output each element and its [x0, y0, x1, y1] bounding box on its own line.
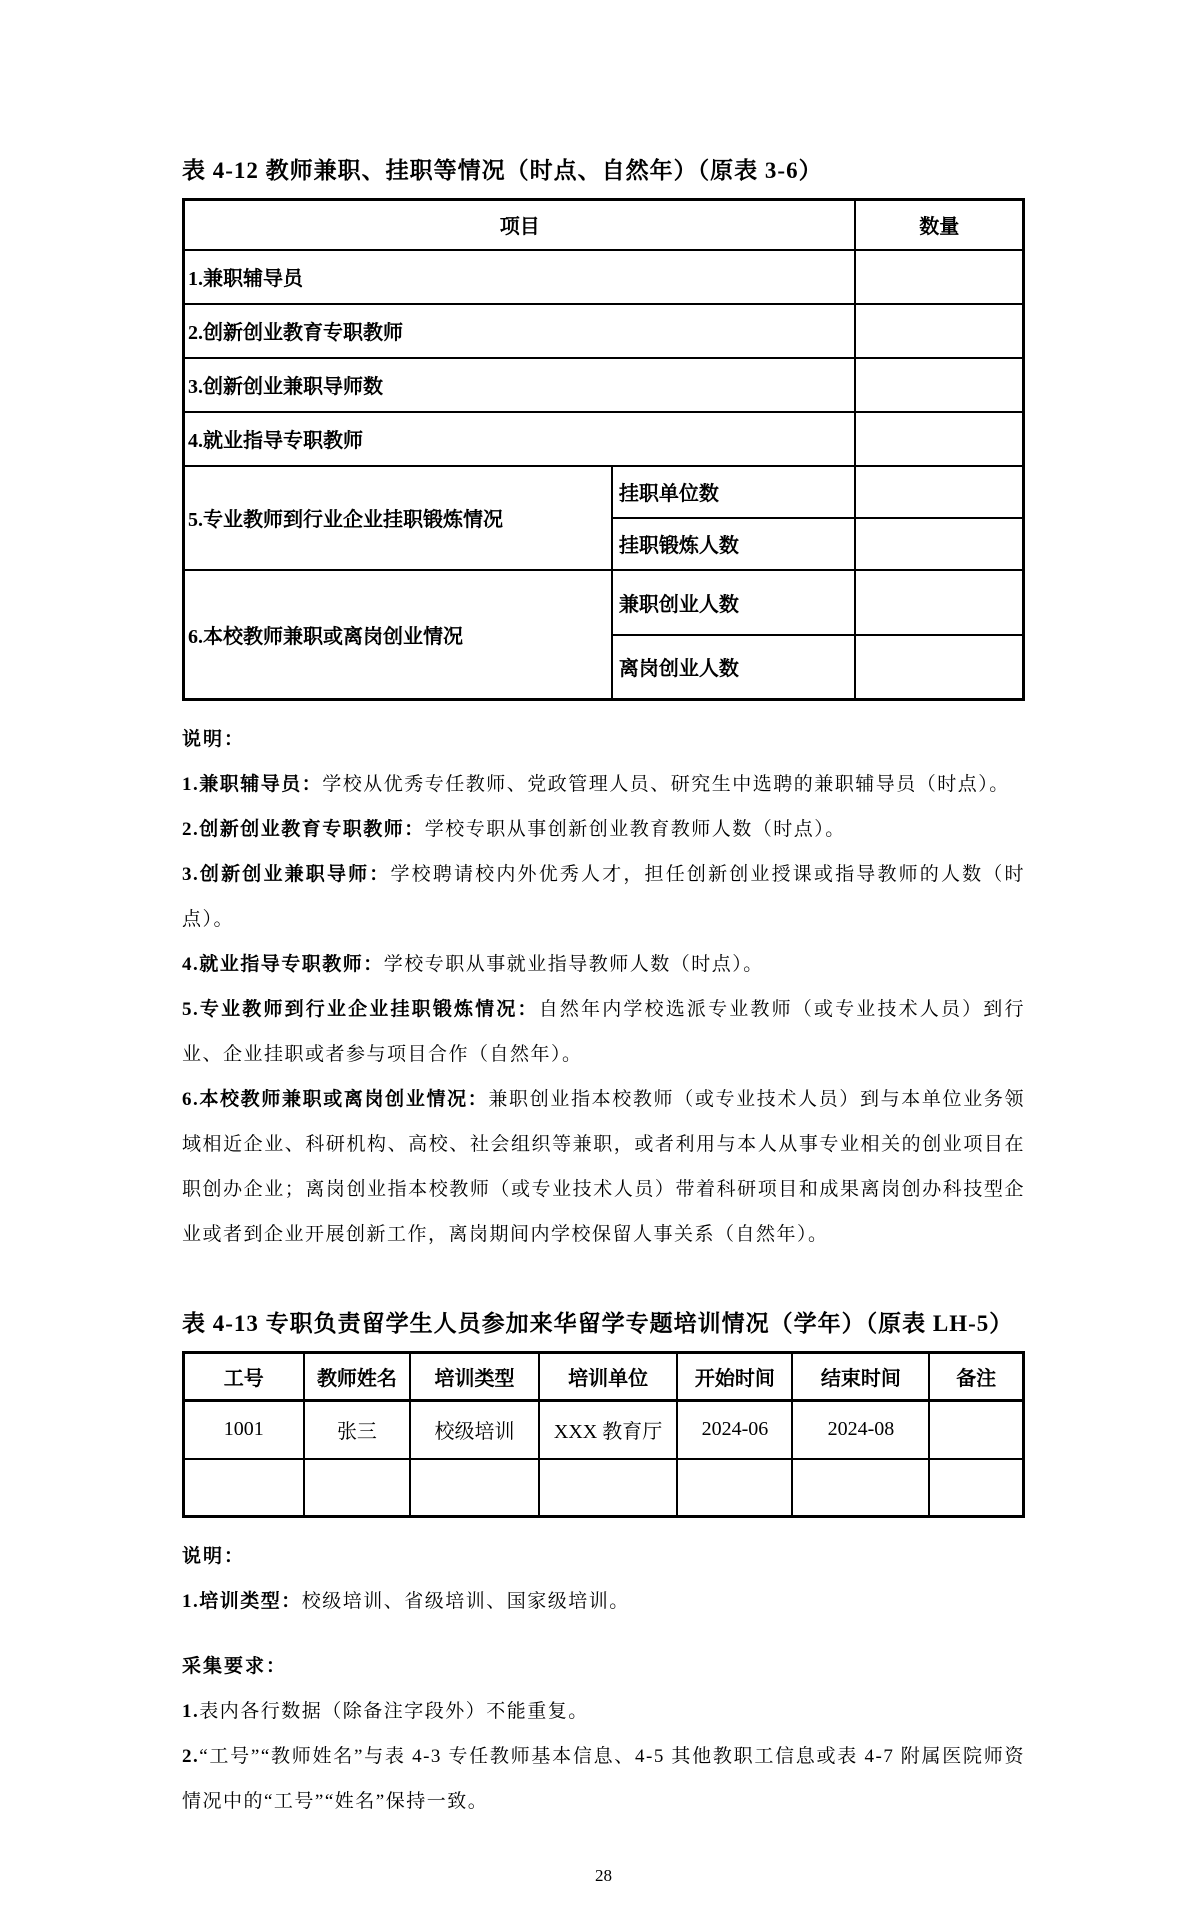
requirement-1: 1.表内各行数据（除备注字段外）不能重复。 — [182, 1689, 1025, 1734]
cell-end-time — [792, 1459, 929, 1517]
table2-notes-heading: 说明： — [182, 1534, 1025, 1579]
table1-row5-label: 5.专业教师到行业企业挂职锻炼情况 — [184, 466, 612, 570]
quantity-cell — [855, 250, 1023, 304]
table-row: 6.本校教师兼职或离岗创业情况 兼职创业人数 — [184, 570, 1024, 635]
cell-training-type — [410, 1459, 539, 1517]
table1-note-2: 2.创新创业教育专职教师：学校专职从事创新创业教育教师人数（时点）。 — [182, 807, 1025, 852]
note-text: 表内各行数据（除备注字段外）不能重复。 — [199, 1701, 589, 1722]
cell-remark — [929, 1459, 1023, 1517]
cell-start-time — [677, 1459, 792, 1517]
table2-header-row: 工号 教师姓名 培训类型 培训单位 开始时间 结束时间 备注 — [184, 1353, 1024, 1401]
quantity-cell — [855, 358, 1023, 412]
quantity-cell — [855, 570, 1023, 635]
table1-row6-sub1: 兼职创业人数 — [612, 570, 856, 635]
table-row: 2.创新创业教育专职教师 — [184, 304, 1024, 358]
table1-note-4: 4.就业指导专职教师：学校专职从事就业指导教师人数（时点）。 — [182, 942, 1025, 987]
note-label: 2. — [182, 1746, 199, 1767]
table1-note-6: 6.本校教师兼职或离岗创业情况：兼职创业指本校教师（或专业技术人员）到与本单位业… — [182, 1077, 1025, 1257]
requirement-2: 2.“工号”“教师姓名”与表 4-3 专任教师基本信息、4-5 其他教职工信息或… — [182, 1734, 1025, 1824]
table-row: 3.创新创业兼职导师数 — [184, 358, 1024, 412]
table2-title: 表 4-13 专职负责留学生人员参加来华留学专题培训情况（学年）（原表 LH-5… — [182, 1305, 1025, 1338]
note-label: 3.创新创业兼职导师： — [182, 864, 390, 885]
note-text: 学校专职从事就业指导教师人数（时点）。 — [384, 954, 764, 975]
quantity-cell — [855, 635, 1023, 700]
note-label: 2.创新创业教育专职教师： — [182, 819, 425, 840]
cell-employee-id: 1001 — [184, 1401, 304, 1459]
cell-remark — [929, 1401, 1023, 1459]
table2: 工号 教师姓名 培训类型 培训单位 开始时间 结束时间 备注 1001 张三 校… — [182, 1351, 1025, 1518]
table1-row1-label: 1.兼职辅导员 — [184, 250, 856, 304]
table1-row3-label: 3.创新创业兼职导师数 — [184, 358, 856, 412]
cell-end-time: 2024-08 — [792, 1401, 929, 1459]
table1-note-5: 5.专业教师到行业企业挂职锻炼情况：自然年内学校选派专业教师（或专业技术人员）到… — [182, 987, 1025, 1077]
cell-employee-id — [184, 1459, 304, 1517]
note-label: 1.兼职辅导员： — [182, 774, 322, 795]
page-number: 28 — [182, 1866, 1025, 1886]
table1: 项目 数量 1.兼职辅导员 2.创新创业教育专职教师 3.创新创业兼职导师数 4… — [182, 198, 1025, 701]
table1-note-3: 3.创新创业兼职导师：学校聘请校内外优秀人才，担任创新创业授课或指导教师的人数（… — [182, 852, 1025, 942]
cell-training-type: 校级培训 — [410, 1401, 539, 1459]
note-label: 1. — [182, 1701, 199, 1722]
table2-note-1: 1.培训类型：校级培训、省级培训、国家级培训。 — [182, 1579, 1025, 1624]
table1-row4-label: 4.就业指导专职教师 — [184, 412, 856, 466]
table1-row2-label: 2.创新创业教育专职教师 — [184, 304, 856, 358]
requirements-heading: 采集要求： — [182, 1644, 1025, 1689]
table2-col-start-time: 开始时间 — [677, 1353, 792, 1401]
note-label: 5.专业教师到行业企业挂职锻炼情况： — [182, 999, 539, 1020]
table1-header-quantity: 数量 — [855, 200, 1023, 250]
table1-header-item: 项目 — [184, 200, 856, 250]
quantity-cell — [855, 518, 1023, 570]
table2-col-training-type: 培训类型 — [410, 1353, 539, 1401]
quantity-cell — [855, 304, 1023, 358]
cell-training-unit — [539, 1459, 678, 1517]
table-row: 4.就业指导专职教师 — [184, 412, 1024, 466]
table1-notes: 说明： 1.兼职辅导员：学校从优秀专任教师、党政管理人员、研究生中选聘的兼职辅导… — [182, 717, 1025, 1257]
cell-teacher-name: 张三 — [304, 1401, 411, 1459]
note-label: 6.本校教师兼职或离岗创业情况： — [182, 1089, 488, 1110]
note-text: 学校专职从事创新创业教育教师人数（时点）。 — [425, 819, 846, 840]
table2-col-end-time: 结束时间 — [792, 1353, 929, 1401]
table1-header-row: 项目 数量 — [184, 200, 1024, 250]
table-row: 1001 张三 校级培训 XXX 教育厅 2024-06 2024-08 — [184, 1401, 1024, 1459]
table1-notes-heading: 说明： — [182, 717, 1025, 762]
table-row: 1.兼职辅导员 — [184, 250, 1024, 304]
table1-row5-sub1: 挂职单位数 — [612, 466, 856, 518]
quantity-cell — [855, 412, 1023, 466]
table1-row6-sub2: 离岗创业人数 — [612, 635, 856, 700]
note-text: 学校从优秀专任教师、党政管理人员、研究生中选聘的兼职辅导员（时点）。 — [322, 774, 1010, 795]
document-page: 表 4-12 教师兼职、挂职等情况（时点、自然年）（原表 3-6） 项目 数量 … — [0, 0, 1191, 1926]
note-label: 4.就业指导专职教师： — [182, 954, 384, 975]
table2-col-employee-id: 工号 — [184, 1353, 304, 1401]
cell-teacher-name — [304, 1459, 411, 1517]
table-row: 5.专业教师到行业企业挂职锻炼情况 挂职单位数 — [184, 466, 1024, 518]
quantity-cell — [855, 466, 1023, 518]
table2-col-teacher-name: 教师姓名 — [304, 1353, 411, 1401]
note-text: 校级培训、省级培训、国家级培训。 — [302, 1591, 630, 1612]
note-text: “工号”“教师姓名”与表 4-3 专任教师基本信息、4-5 其他教职工信息或表 … — [182, 1746, 1025, 1812]
note-label: 1.培训类型： — [182, 1591, 302, 1612]
table2-col-remark: 备注 — [929, 1353, 1023, 1401]
cell-training-unit: XXX 教育厅 — [539, 1401, 678, 1459]
table1-title: 表 4-12 教师兼职、挂职等情况（时点、自然年）（原表 3-6） — [182, 152, 1025, 185]
table2-notes: 说明： 1.培训类型：校级培训、省级培训、国家级培训。 采集要求： 1.表内各行… — [182, 1534, 1025, 1824]
table-row — [184, 1459, 1024, 1517]
cell-start-time: 2024-06 — [677, 1401, 792, 1459]
table1-row6-label: 6.本校教师兼职或离岗创业情况 — [184, 570, 612, 700]
table2-col-training-unit: 培训单位 — [539, 1353, 678, 1401]
note-text: 兼职创业指本校教师（或专业技术人员）到与本单位业务领域相近企业、科研机构、高校、… — [182, 1089, 1025, 1245]
table1-note-1: 1.兼职辅导员：学校从优秀专任教师、党政管理人员、研究生中选聘的兼职辅导员（时点… — [182, 762, 1025, 807]
table1-row5-sub2: 挂职锻炼人数 — [612, 518, 856, 570]
